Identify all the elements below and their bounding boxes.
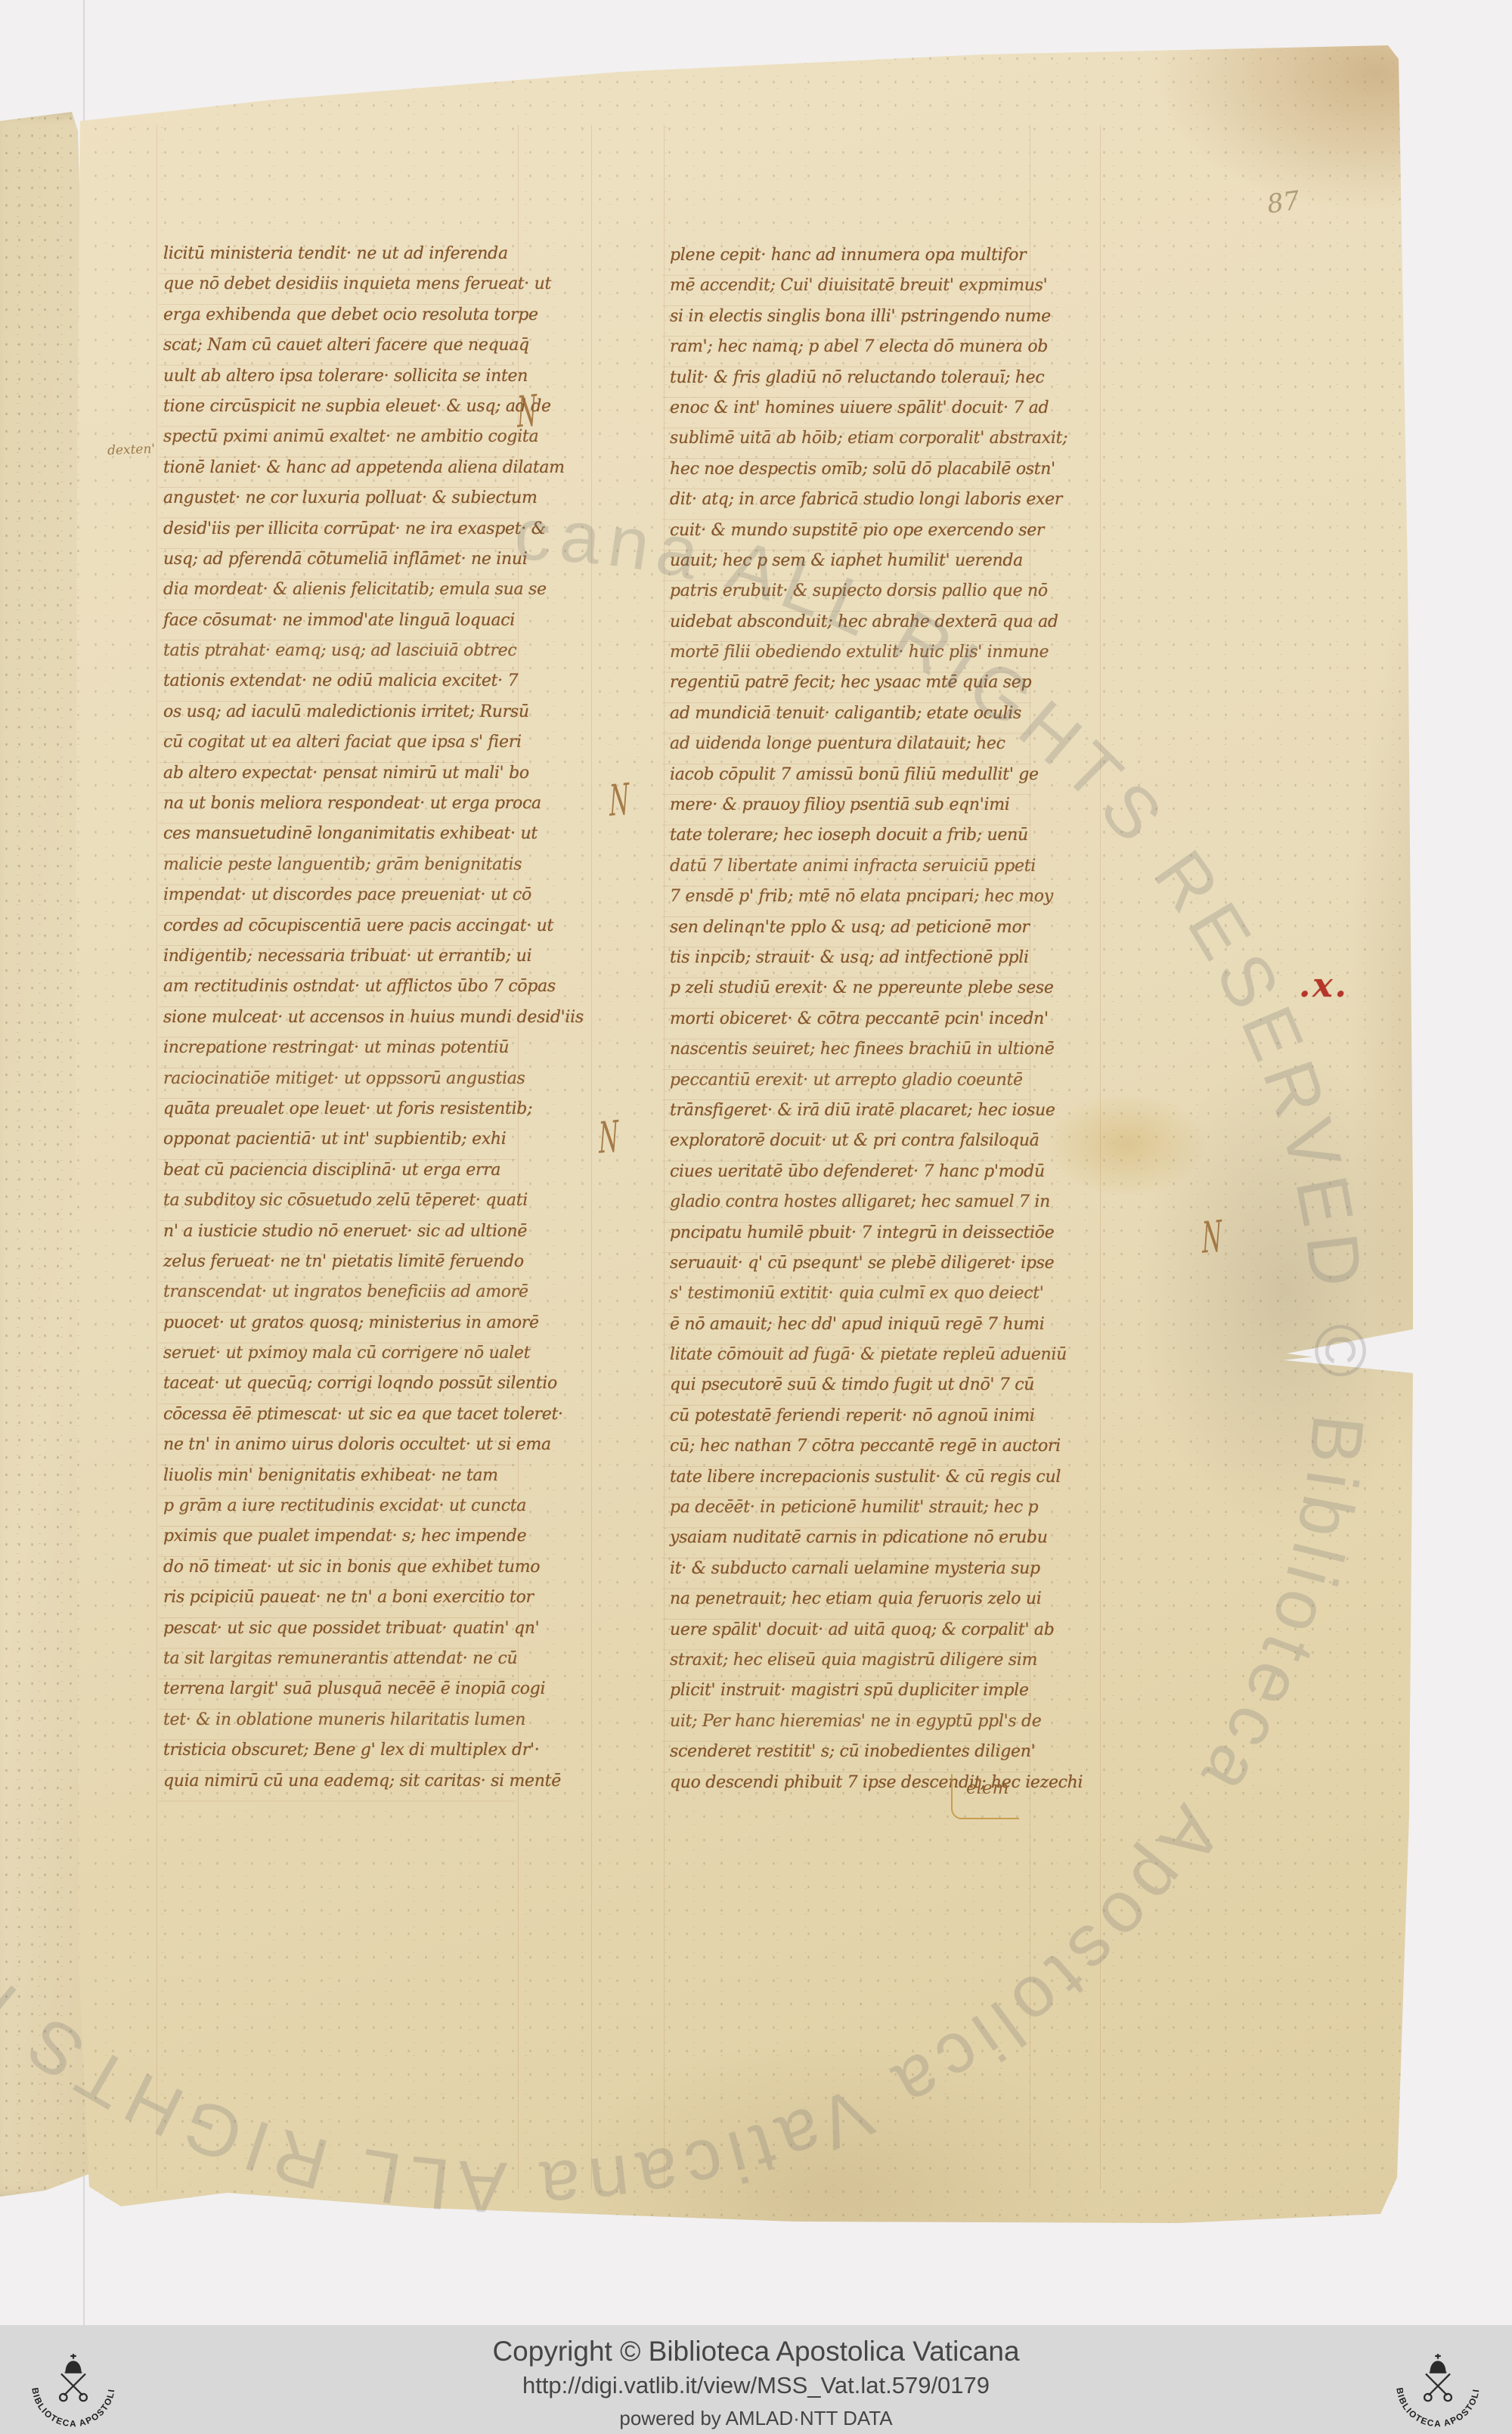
- manuscript-line: liuolis min' benignitatis exhibeat· ne t…: [163, 1461, 516, 1491]
- manuscript-line: impendat· ut discordes pace preueniat· u…: [163, 880, 516, 910]
- manuscript-line: hec noe despectis omīb; solū dō placabil…: [670, 454, 1030, 485]
- manuscript-line: dit· atq; in arce fabricā studio longi l…: [670, 485, 1030, 515]
- footer-url: http://digi.vatlib.it/view/MSS_Vat.lat.5…: [522, 2372, 990, 2399]
- manuscript-line: uauit; hec p sem & iaphet humilit' ueren…: [670, 546, 1030, 576]
- nota-mark: N: [609, 775, 630, 827]
- manuscript-line: pncipatu humilē pbuit· 7 integrū in deis…: [670, 1218, 1030, 1248]
- manuscript-line: licitū ministeria tendit· ne ut ad infer…: [163, 239, 516, 269]
- ruling-line-vertical: [664, 125, 665, 2189]
- manuscript-line: mē accendit; Cui' diuisitatē breuit' exp…: [670, 271, 1030, 301]
- footer-powered-by: powered by AMLAD·NTT DATA: [619, 2407, 892, 2430]
- manuscript-line: iacob cōpulit 7 amissū bonū filiū medull…: [670, 760, 1030, 790]
- manuscript-line: tis inpcib; strauit· & usq; ad intfectio…: [670, 943, 1030, 973]
- manuscript-line: ta sit largitas remunerantis attendat· n…: [163, 1644, 516, 1674]
- ruling-line-vertical: [1100, 125, 1101, 2189]
- footer-bar: Copyright © Biblioteca Apostolica Vatica…: [0, 2325, 1512, 2434]
- manuscript-line: cōcessa ēē ptimescat· ut sic ea que tace…: [163, 1400, 516, 1430]
- ruling-line-vertical: [156, 125, 157, 2189]
- manuscript-line: pximis que pualet impendat· s; hec impen…: [163, 1521, 516, 1552]
- manuscript-line: tristicia obscuret; Bene g' lex di multi…: [163, 1735, 516, 1766]
- manuscript-line: malicie peste languentib; grām benignita…: [163, 850, 516, 880]
- manuscript-line: ris pcipiciū paueat· ne tn' a boni exerc…: [163, 1583, 516, 1613]
- catchword: elem: [966, 1778, 1009, 1798]
- manuscript-line: desid'iis per illicita corrūpat· ne ira …: [163, 514, 516, 544]
- manuscript-line: ad mundiciā tenuit· caligantib; etate oc…: [670, 699, 1030, 729]
- manuscript-line: ta subditoy sic cōsuetudo zelū tēperet· …: [163, 1186, 516, 1216]
- nota-mark: N: [516, 386, 538, 439]
- chapter-number-rubric: .x.: [1299, 966, 1349, 1005]
- manuscript-line: scat; Nam cū cauet alteri facere que neq…: [163, 330, 516, 361]
- manuscript-line: os usq; ad iaculū maledictionis irritet;…: [163, 697, 516, 727]
- manuscript-line: cordes ad cōcupiscentiā uere pacis accin…: [163, 911, 516, 941]
- manuscript-line: erga exhibenda que debet ocio resoluta t…: [163, 300, 516, 330]
- manuscript-line: pa decēēt· in peticionē humilit' strauit…: [670, 1493, 1030, 1523]
- manuscript-line: na ut bonis meliora respondeat· ut erga …: [163, 789, 516, 819]
- manuscript-line: puocet· ut gratos quosq; ministerius in …: [163, 1308, 516, 1338]
- manuscript-line: transcendat· ut ingratos beneficiis ad a…: [163, 1277, 516, 1307]
- manuscript-line: ē nō amauit; hec dd' apud iniquū regē 7 …: [670, 1310, 1030, 1340]
- manuscript-line: peccantiū erexit· ut arrepto gladio coeu…: [670, 1065, 1030, 1096]
- manuscript-left-column: licitū ministeria tendit· ne ut ad infer…: [163, 239, 516, 1797]
- vatican-library-logo: BIBLIOTECA APOSTOLICA VATICANA: [1388, 2330, 1488, 2429]
- manuscript-line: ab altero expectat· pensat nimirū ut mal…: [163, 758, 516, 789]
- logo-ring-text: BIBLIOTECA APOSTOLICA VATICANA: [29, 2372, 116, 2429]
- manuscript-line: ysaiam nuditatē carnis in pdicatione nō …: [670, 1523, 1030, 1553]
- manuscript-line: ram'; hec namq; p abel 7 electa dō muner…: [670, 332, 1030, 362]
- manuscript-line: uidebat absconduit; hec abrahe dexterā q…: [670, 607, 1030, 637]
- manuscript-line: tione circūspicit ne supbia eleuet· & us…: [163, 392, 516, 422]
- manuscript-line: trānsfigeret· & irā diū iratē placaret; …: [670, 1096, 1030, 1126]
- manuscript-line: n' a iusticie studio nō eneruet· sic ad …: [163, 1217, 516, 1247]
- manuscript-line: ad uidenda longe puentura dilatauit; hec: [670, 729, 1030, 759]
- manuscript-line: quāta preualet ope leuet· ut foris resis…: [163, 1094, 516, 1124]
- manuscript-line: uere spālit' docuit· ad uitā quoq; & cor…: [670, 1615, 1030, 1645]
- manuscript-line: ciues ueritatē ūbo defenderet· 7 hanc p'…: [670, 1157, 1030, 1187]
- manuscript-line: ne tn' in animo uirus doloris occultet· …: [163, 1430, 516, 1460]
- manuscript-line: enoc & int' homines uiuere spālit' docui…: [670, 393, 1030, 423]
- manuscript-line: pescat· ut sic que possidet tribuat· qua…: [163, 1614, 516, 1644]
- manuscript-line: opponat pacientiā· ut int' supbientib; e…: [163, 1124, 516, 1155]
- manuscript-line: sen delinqn'te pplo & usq; ad peticionē …: [670, 913, 1030, 943]
- folio-number: 87: [1265, 185, 1301, 220]
- manuscript-line: zelus ferueat· ne tn' pietatis limitē fe…: [163, 1247, 516, 1277]
- manuscript-line: scenderet restitit' s; cū inobedientes d…: [670, 1737, 1030, 1767]
- manuscript-line: face cōsumat· ne immod'ate linguā loquac…: [163, 606, 516, 636]
- manuscript-line: uit; Per hanc hieremias' ne in egyptū pp…: [670, 1707, 1030, 1737]
- manuscript-line: beat cū paciencia disciplinā· ut erga er…: [163, 1155, 516, 1186]
- manuscript-line: cū potestatē feriendi reperit· nō agnoū …: [670, 1401, 1030, 1431]
- manuscript-line: tatis ptrahat· eamq; usq; ad lasciuiā ob…: [163, 636, 516, 666]
- manuscript-line: tet· & in oblatione muneris hilaritatis …: [163, 1705, 516, 1735]
- manuscript-line: dia mordeat· & alienis felicitatib; emul…: [163, 575, 516, 605]
- manuscript-line: straxit; hec eliseū quia magistrū dilige…: [670, 1645, 1030, 1676]
- manuscript-line: tulit· & fris gladiū nō reluctando toler…: [670, 363, 1030, 393]
- manuscript-line: cū; hec nathan 7 cōtra peccantē regē in …: [670, 1431, 1030, 1462]
- footer-copyright: Copyright © Biblioteca Apostolica Vatica…: [492, 2336, 1019, 2367]
- manuscript-line: raciocinatiōe mitiget· ut oppssorū angus…: [163, 1064, 516, 1094]
- manuscript-line: mere· & prauoy filioy psentiā sub eqn'im…: [670, 790, 1030, 820]
- manuscript-line: litate cōmouit ad fugā· & pietate repleū…: [670, 1340, 1030, 1370]
- manuscript-line: regentiū patrē fecit; hec ysaac mtē quia…: [670, 668, 1030, 698]
- manuscript-line: datū 7 libertate animi infracta seruiciū…: [670, 851, 1030, 882]
- vatican-library-logo: BIBLIOTECA APOSTOLICA VATICANA: [23, 2330, 123, 2429]
- manuscript-right-column: plene cepit· hanc ad innumera opa multif…: [670, 240, 1030, 1798]
- manuscript-line: que nō debet desidiis inquieta mens feru…: [163, 269, 516, 299]
- manuscript-line: si in electis singlis bona illi' pstring…: [670, 302, 1030, 332]
- manuscript-line: na penetrauit; hec etiam quia feruoris z…: [670, 1584, 1030, 1614]
- manuscript-line: patris erubuit· & supiecto dorsis pallio…: [670, 576, 1030, 606]
- manuscript-line: angustet· ne cor luxuria polluat· & subi…: [163, 483, 516, 513]
- manuscript-line: tate libere increpacionis sustulit· & cū…: [670, 1462, 1030, 1493]
- manuscript-line: tionē laniet· & hanc ad appetenda aliena…: [163, 453, 516, 483]
- manuscript-line: cū cogitat ut ea alteri faciat que ipsa …: [163, 727, 516, 758]
- manuscript-line: sione mulceat· ut accensos in huius mund…: [163, 1003, 516, 1033]
- manuscript-line: cuit· & mundo supstitē pio ope exercendo…: [670, 516, 1030, 546]
- nota-mark: N: [598, 1112, 619, 1164]
- manuscript-line: seruet· ut pximoy mala cū corrigere nō u…: [163, 1338, 516, 1369]
- manuscript-line: p grām a iure rectitudinis excidat· ut c…: [163, 1491, 516, 1521]
- margin-gloss: dexten': [107, 442, 156, 458]
- manuscript-line: morti obiceret· & cōtra peccantē pcin' i…: [670, 1004, 1030, 1034]
- manuscript-line: spectū pximi animū exaltet· ne ambitio c…: [163, 422, 516, 452]
- manuscript-line: tationis extendat· ne odiū malicia excit…: [163, 666, 516, 696]
- manuscript-line: exploratorē docuit· ut & pri contra fals…: [670, 1126, 1030, 1156]
- digitized-manuscript-viewer: licitū ministeria tendit· ne ut ad infer…: [0, 0, 1512, 2434]
- manuscript-line: am rectitudinis ostndat· ut afflictos ūb…: [163, 972, 516, 1002]
- manuscript-line: uult ab altero ipsa tolerare· sollicita …: [163, 361, 516, 392]
- manuscript-line: taceat· ut quecūq; corrigi loqndo possūt…: [163, 1369, 516, 1399]
- nota-mark: N: [1201, 1212, 1222, 1264]
- ruling-line-vertical: [591, 125, 592, 2189]
- manuscript-line: gladio contra hostes alligaret; hec samu…: [670, 1187, 1030, 1217]
- manuscript-line: mortē filii obediendo extulit· huic plis…: [670, 637, 1030, 668]
- logo-ring-text: BIBLIOTECA APOSTOLICA VATICANA: [1394, 2372, 1481, 2429]
- manuscript-line: tate tolerare; hec ioseph docuit a frib;…: [670, 820, 1030, 851]
- manuscript-line: plicit' instruit· magistri spū duplicite…: [670, 1676, 1030, 1706]
- manuscript-line: ces mansuetudinē longanimitatis exhibeat…: [163, 819, 516, 849]
- manuscript-line: s' testimoniū extitit· quia culmī ex quo…: [670, 1279, 1030, 1309]
- manuscript-line: plene cepit· hanc ad innumera opa multif…: [670, 240, 1030, 271]
- manuscript-line: seruauit· q' cū psequnt' se plebē dilige…: [670, 1248, 1030, 1279]
- manuscript-line: it· & subducto carnali uelamine mysteria…: [670, 1554, 1030, 1584]
- manuscript-line: usq; ad pferendā cōtumeliā inflāmet· ne …: [163, 544, 516, 575]
- manuscript-line: 7 ensdē p' frib; mtē nō elata pncipari; …: [670, 882, 1030, 912]
- svg-text:BIBLIOTECA APOSTOLICA VATICANA: BIBLIOTECA APOSTOLICA VATICANA: [29, 2372, 116, 2429]
- manuscript-line: indigentib; necessaria tribuat· ut erran…: [163, 941, 516, 972]
- manuscript-line: increpatione restringat· ut minas potent…: [163, 1033, 516, 1063]
- manuscript-line: terrena largit' suā plusquā necēē ē inop…: [163, 1674, 516, 1704]
- manuscript-line: sublimē uitā ab hōib; etiam corporalit' …: [670, 423, 1030, 454]
- manuscript-line: nascentis seuiret; hec finees brachiū in…: [670, 1034, 1030, 1065]
- svg-text:BIBLIOTECA APOSTOLICA VATICANA: BIBLIOTECA APOSTOLICA VATICANA: [1394, 2372, 1481, 2429]
- manuscript-line: qui psecutorē suū & timdo fugit ut dnō' …: [670, 1370, 1030, 1400]
- manuscript-line: do nō timeat· ut sic in bonis que exhibe…: [163, 1552, 516, 1583]
- manuscript-line: p zeli studiū erexit· & ne ppereunte ple…: [670, 973, 1030, 1003]
- manuscript-line: quia nimirū cū una eademq; sit caritas· …: [163, 1766, 516, 1797]
